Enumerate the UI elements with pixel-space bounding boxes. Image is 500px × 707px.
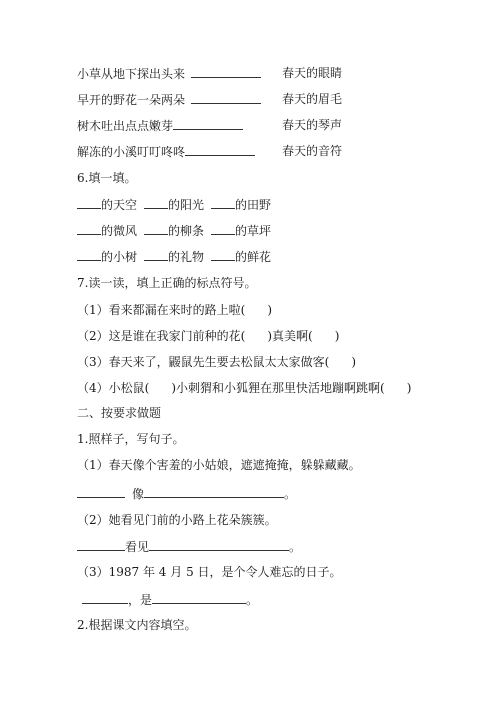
answer-blank[interactable] (149, 538, 289, 551)
matching-row: 小草从地下探出头来 (77, 65, 261, 81)
item-number: （2） (77, 329, 109, 343)
item-number: （3） (77, 355, 109, 369)
period: 。 (289, 540, 301, 554)
sentence-answer: 像。 (77, 485, 296, 501)
item-text: ) (407, 381, 412, 395)
matching-row: 树木吐出点点嫩芽 (77, 117, 243, 133)
matching-left: 树木吐出点点嫩芽 (77, 119, 173, 133)
answer-blank[interactable] (77, 248, 101, 261)
q6-row: 的天空的阳光的田野 (77, 196, 271, 212)
item-text: )小刺猬和小狐狸在那里快活地蹦啊跳啊( (171, 381, 384, 395)
answer-blank[interactable] (211, 248, 235, 261)
answer-blank[interactable] (144, 485, 284, 498)
answer-blank[interactable] (185, 143, 255, 156)
connector-word: 像 (132, 487, 144, 501)
example-sentence: （1）春天像个害羞的小姑娘，遮遮掩掩，躲躲藏藏。 (77, 457, 361, 473)
answer-blank[interactable] (82, 591, 128, 604)
answer-blank[interactable] (211, 196, 235, 209)
matching-left: 早开的野花一朵两朵 (77, 93, 185, 107)
q6-title: 6.填一填。 (77, 170, 136, 186)
q6-word: 的田野 (235, 198, 271, 212)
answer-blank[interactable] (173, 117, 243, 130)
answer-blank[interactable] (152, 591, 246, 604)
matching-left: 小草从地下探出头来 (77, 67, 185, 81)
q6-word: 的鲜花 (235, 250, 271, 264)
answer-blank[interactable] (77, 222, 101, 235)
matching-right: 春天的音符 (282, 143, 342, 159)
q6-word: 的小树 (101, 250, 137, 264)
item-number: （1） (77, 303, 109, 317)
q7-title: 7.读一读，填上正确的标点符号。 (77, 275, 256, 291)
q6-row: 的微风的柳条的草坪 (77, 222, 271, 238)
item-text: 这是谁在我家门前种的花( (109, 329, 246, 343)
period: 。 (246, 593, 258, 607)
example-sentence: （3）1987 年 4 月 5 日，是个令人难忘的日子。 (77, 564, 342, 580)
answer-blank[interactable] (77, 196, 101, 209)
q1-title: 1.照样子，写句子。 (77, 431, 184, 447)
item-number: （4） (77, 381, 109, 395)
answer-blank[interactable] (77, 538, 125, 551)
sentence-answer: ，是。 (82, 591, 258, 607)
answer-blank[interactable] (144, 248, 168, 261)
item-text: 春天来了，鼹鼠先生要去松鼠太太家做客( (109, 355, 330, 369)
item-text: 小松鼠( (109, 381, 150, 395)
q7-item: （4）小松鼠()小刺猬和小狐狸在那里快活地蹦啊跳啊() (77, 380, 411, 396)
matching-right: 春天的眉毛 (282, 91, 342, 107)
matching-row: 解冻的小溪叮叮咚咚 (77, 143, 255, 159)
q6-word: 的礼物 (168, 250, 204, 264)
q7-item: （3）春天来了，鼹鼠先生要去松鼠太太家做客() (77, 354, 356, 370)
q6-word: 的天空 (101, 198, 137, 212)
q6-word: 的阳光 (168, 198, 204, 212)
answer-blank[interactable] (191, 65, 261, 78)
answer-blank[interactable] (144, 196, 168, 209)
example-sentence: （2）她看见门前的小路上花朵簇簇。 (77, 512, 277, 528)
q6-word: 的微风 (101, 224, 137, 238)
item-text: ) (267, 303, 272, 317)
connector-word: ，是 (128, 593, 152, 607)
matching-right: 春天的眼睛 (282, 65, 342, 81)
item-text: 看来都漏在来时的路上啦( (109, 303, 246, 317)
matching-row: 早开的野花一朵两朵 (77, 91, 261, 107)
q7-item: （2）这是谁在我家门前种的花()真美啊() (77, 328, 339, 344)
q6-word: 的柳条 (168, 224, 204, 238)
item-text: ) (351, 355, 356, 369)
matching-left: 解冻的小溪叮叮咚咚 (77, 145, 185, 159)
answer-blank[interactable] (77, 485, 125, 498)
answer-blank[interactable] (191, 91, 261, 104)
answer-blank[interactable] (211, 222, 235, 235)
answer-blank[interactable] (144, 222, 168, 235)
connector-word: 看见 (125, 540, 149, 554)
q6-row: 的小树的礼物的鲜花 (77, 248, 271, 264)
item-text: )真美啊( (267, 329, 312, 343)
sentence-answer: 看见。 (77, 538, 301, 554)
item-text: ) (335, 329, 340, 343)
section-title: 二、按要求做题 (77, 405, 161, 421)
period: 。 (284, 487, 296, 501)
q2-title: 2.根据课文内容填空。 (77, 617, 196, 633)
matching-right: 春天的琴声 (282, 117, 342, 133)
q7-item: （1）看来都漏在来时的路上啦() (77, 302, 272, 318)
q6-word: 的草坪 (235, 224, 271, 238)
